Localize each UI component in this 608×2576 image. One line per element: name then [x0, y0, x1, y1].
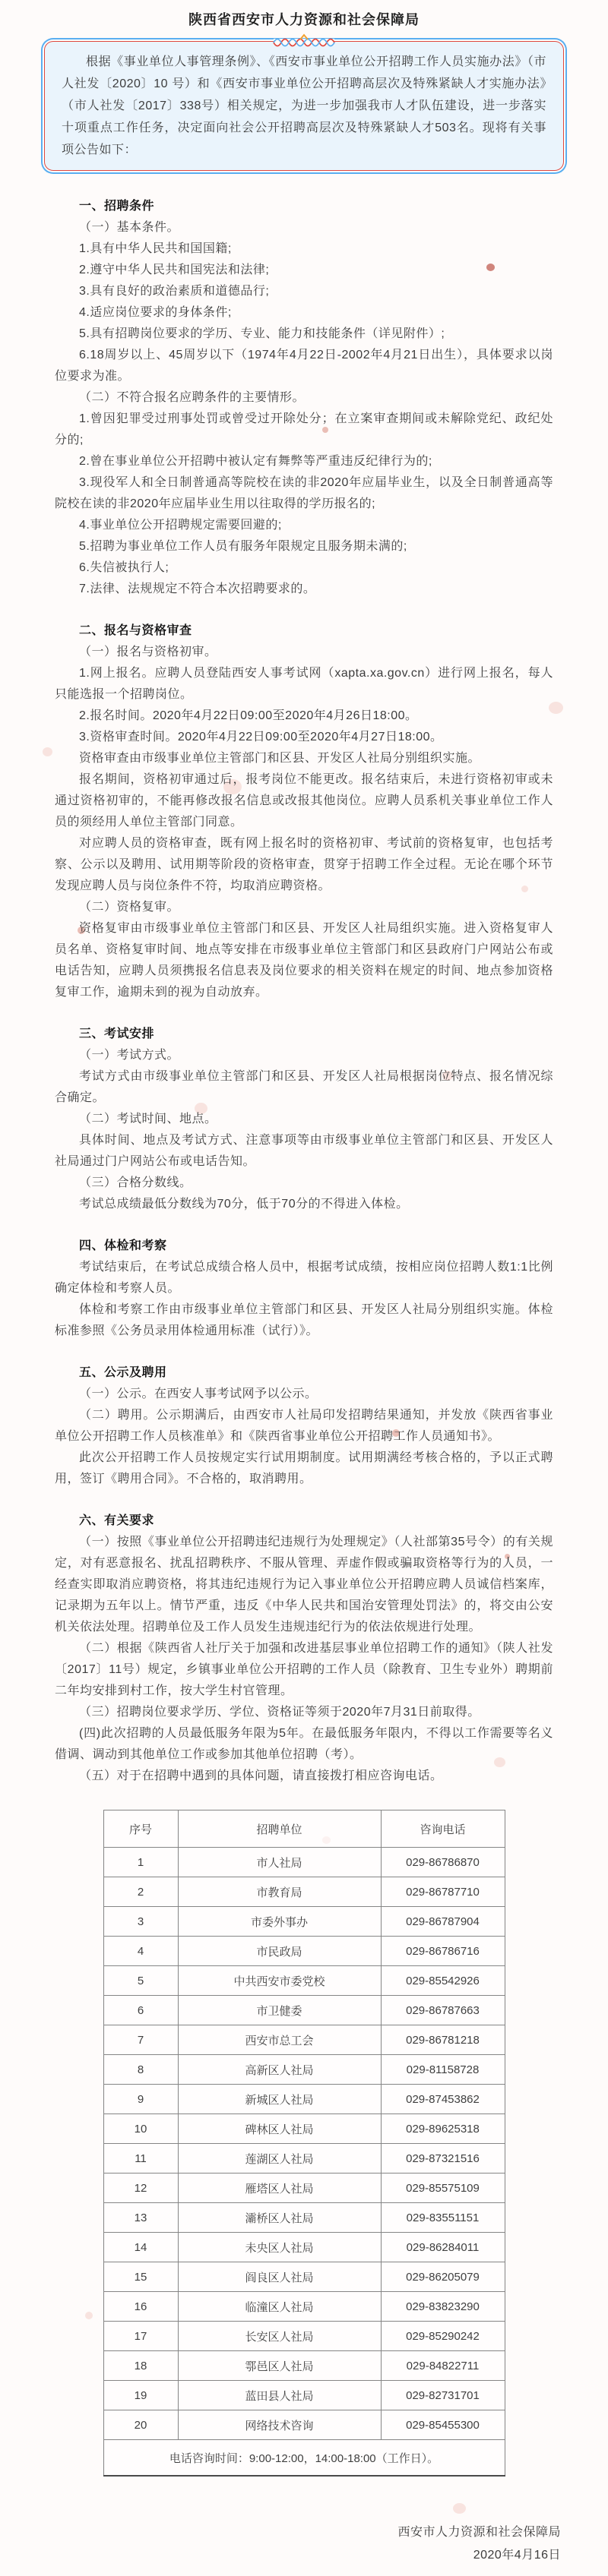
- row-no-cell: 4: [103, 1937, 178, 1966]
- row-unit-cell: 市卫健委: [178, 1996, 381, 2025]
- document-body: 一、招聘条件（一）基本条件。1.具有中华人民共和国国籍;2.遵守中华人民共和国宪…: [0, 171, 608, 1787]
- paragraph: 3.具有良好的政治素质和道德品行;: [55, 281, 553, 302]
- paragraph: 考试结束后，在考试总成绩合格人员中，根据考试成绩，按相应岗位招聘人数1:1比例确…: [55, 1257, 553, 1299]
- paragraph: 此次公开招聘工作人员按规定实行试用期制度。试用期满经考核合格的，予以正式聘用，签…: [55, 1447, 553, 1490]
- page-title: 陕西省西安市人力资源和社会保障局: [0, 0, 608, 29]
- paragraph: 2.曾在事业单位公开招聘中被认定有舞弊等严重违反纪律行为的;: [55, 451, 553, 472]
- row-phone-cell: 029-85455300: [381, 2410, 505, 2440]
- paragraph: 1.曾因犯罪受过刑事处罚或曾受过开除处分；在立案审查期间或未解除党纪、政纪处分的…: [55, 409, 553, 451]
- table-row: 4市民政局029-86786716: [103, 1937, 505, 1966]
- row-no-cell: 1: [103, 1848, 178, 1877]
- signature-date: 2020年4月16日: [397, 2544, 561, 2567]
- row-phone-cell: 029-86205079: [381, 2262, 505, 2292]
- paragraph: 2.报名时间。2020年4月22日09:00至2020年4月26日18:00。: [55, 706, 553, 727]
- paragraph: (四)此次招聘的人员最低服务年限为5年。在最低服务年限内，不得以工作需要等名义借…: [55, 1723, 553, 1766]
- row-no-cell: 9: [103, 2085, 178, 2114]
- paragraph: （一）报名与资格初审。: [55, 642, 553, 663]
- row-no-cell: 2: [103, 1877, 178, 1907]
- paragraph: （二）根据《陕西省人社厅关于加强和改进基层事业单位招聘工作的通知》（陕人社发〔2…: [55, 1638, 553, 1702]
- row-phone-cell: 029-85290242: [381, 2322, 505, 2351]
- row-phone-cell: 029-87321516: [381, 2144, 505, 2173]
- paragraph: 考试方式由市级事业单位主管部门和区县、开发区人社局根据岗位特点、报名情况综合确定…: [55, 1066, 553, 1109]
- announcement-page: 陕西省西安市人力资源和社会保障局 根据《事业单位人事管理条例》、《西安市事业单位…: [0, 0, 608, 2576]
- row-no-cell: 17: [103, 2322, 178, 2351]
- row-phone-cell: 029-86786870: [381, 1848, 505, 1877]
- row-unit-cell: 雁塔区人社局: [178, 2173, 381, 2203]
- row-phone-cell: 029-81158728: [381, 2055, 505, 2085]
- paragraph: 1.具有中华人民共和国国籍;: [55, 238, 553, 260]
- row-unit-cell: 市人社局: [178, 1848, 381, 1877]
- row-phone-cell: 029-89625318: [381, 2114, 505, 2144]
- phone-hours-note: 电话咨询时间：9:00-12:00，14:00-18:00（工作日）。: [103, 2440, 505, 2477]
- paragraph: （一）按照《事业单位公开招聘违纪违规行为处理规定》（人社部第35号令）的有关规定…: [55, 1532, 553, 1638]
- row-no-cell: 7: [103, 2025, 178, 2055]
- paragraph: （一）考试方式。: [55, 1045, 553, 1066]
- row-no-cell: 3: [103, 1907, 178, 1937]
- row-unit-cell: 市委外事办: [178, 1907, 381, 1937]
- col-header-index: 序号: [103, 1810, 178, 1848]
- row-phone-cell: 029-87453862: [381, 2085, 505, 2114]
- table-row: 11莲湖区人社局029-87321516: [103, 2144, 505, 2173]
- signature-org: 西安市人力资源和社会保障局: [397, 2521, 561, 2544]
- row-phone-cell: 029-84822711: [381, 2351, 505, 2381]
- row-no-cell: 10: [103, 2114, 178, 2144]
- table-footer-row: 电话咨询时间：9:00-12:00，14:00-18:00（工作日）。: [103, 2440, 505, 2477]
- paragraph: 资格审查由市级事业单位主管部门和区县、开发区人社局分别组织实施。: [55, 748, 553, 769]
- table-row: 6市卫健委029-86787663: [103, 1996, 505, 2025]
- contact-table: 序号 招聘单位 咨询电话 1市人社局029-867868702市教育局029-8…: [103, 1810, 505, 2477]
- row-unit-cell: 未央区人社局: [178, 2233, 381, 2262]
- intro-box: 根据《事业单位人事管理条例》、《西安市事业单位公开招聘工作人员实施办法》（市人社…: [44, 41, 564, 171]
- petal: [453, 2503, 466, 2514]
- paragraph: 考试总成绩最低分数线为70分，低于70分的不得进入体检。: [55, 1194, 553, 1215]
- row-unit-cell: 阎良区人社局: [178, 2262, 381, 2292]
- col-header-unit: 招聘单位: [178, 1810, 381, 1848]
- row-no-cell: 12: [103, 2173, 178, 2203]
- row-phone-cell: 029-83823290: [381, 2292, 505, 2322]
- table-row: 7西安市总工会029-86781218: [103, 2025, 505, 2055]
- section-heading: 二、报名与资格审查: [55, 620, 553, 642]
- paragraph: 3.资格审查时间。2020年4月22日09:00至2020年4月27日18:00…: [55, 727, 553, 748]
- paragraph: （三）招聘岗位要求学历、学位、资格证等须于2020年7月31日前取得。: [55, 1702, 553, 1723]
- row-phone-cell: 029-85575109: [381, 2173, 505, 2203]
- table-row: 1市人社局029-86786870: [103, 1848, 505, 1877]
- paragraph: （二）聘用。公示期满后，由西安市人社局印发招聘结果通知，并发放《陕西省事业单位公…: [55, 1405, 553, 1447]
- row-unit-cell: 高新区人社局: [178, 2055, 381, 2085]
- paragraph: （一）公示。在西安人事考试网予以公示。: [55, 1384, 553, 1405]
- paragraph: 6.失信被执行人;: [55, 557, 553, 579]
- section-heading: 五、公示及聘用: [55, 1362, 553, 1384]
- row-no-cell: 6: [103, 1996, 178, 2025]
- row-no-cell: 16: [103, 2292, 178, 2322]
- paragraph: 体检和考察工作由市级事业单位主管部门和区县、开发区人社局分别组织实施。体检标准参…: [55, 1299, 553, 1342]
- paragraph: 报名期间，资格初审通过后，报考岗位不能更改。报名结束后，未进行资格初审或未通过资…: [55, 769, 553, 833]
- table-row: 20网络技术咨询029-85455300: [103, 2410, 505, 2440]
- row-unit-cell: 鄠邑区人社局: [178, 2351, 381, 2381]
- row-phone-cell: 029-86284011: [381, 2233, 505, 2262]
- row-unit-cell: 长安区人社局: [178, 2322, 381, 2351]
- table-row: 3市委外事办029-86787904: [103, 1907, 505, 1937]
- row-unit-cell: 碑林区人社局: [178, 2114, 381, 2144]
- col-header-phone: 咨询电话: [381, 1810, 505, 1848]
- row-no-cell: 18: [103, 2351, 178, 2381]
- paragraph: 资格复审由市级事业单位主管部门和区县、开发区人社局组织实施。进入资格复审人员名单…: [55, 918, 553, 1003]
- table-header-row: 序号 招聘单位 咨询电话: [103, 1810, 505, 1848]
- paragraph: 4.事业单位公开招聘规定需要回避的;: [55, 515, 553, 536]
- row-phone-cell: 029-83551151: [381, 2203, 505, 2233]
- table-row: 8高新区人社局029-81158728: [103, 2055, 505, 2085]
- row-unit-cell: 西安市总工会: [178, 2025, 381, 2055]
- section-heading: 三、考试安排: [55, 1024, 553, 1045]
- intro-paragraph: 根据《事业单位人事管理条例》、《西安市事业单位公开招聘工作人员实施办法》（市人社…: [62, 51, 546, 161]
- table-row: 12雁塔区人社局029-85575109: [103, 2173, 505, 2203]
- table-row: 19蓝田县人社局029-82731701: [103, 2381, 505, 2410]
- table-row: 14未央区人社局029-86284011: [103, 2233, 505, 2262]
- row-phone-cell: 029-86787904: [381, 1907, 505, 1937]
- paragraph: 3.现役军人和全日制普通高等院校在读的非2020年应届毕业生，以及全日制普通高等…: [55, 472, 553, 515]
- table-row: 13灞桥区人社局029-83551151: [103, 2203, 505, 2233]
- row-unit-cell: 蓝田县人社局: [178, 2381, 381, 2410]
- row-unit-cell: 中共西安市委党校: [178, 1966, 381, 1996]
- row-no-cell: 15: [103, 2262, 178, 2292]
- paragraph: （二）不符合报名应聘条件的主要情形。: [55, 387, 553, 409]
- table-row: 18鄠邑区人社局029-84822711: [103, 2351, 505, 2381]
- row-no-cell: 19: [103, 2381, 178, 2410]
- paragraph: 6.18周岁以上、45周岁以下（1974年4月22日-2002年4月21日出生）…: [55, 345, 553, 387]
- row-phone-cell: 029-86787710: [381, 1877, 505, 1907]
- row-unit-cell: 灞桥区人社局: [178, 2203, 381, 2233]
- row-no-cell: 13: [103, 2203, 178, 2233]
- paragraph: （二）考试时间、地点。: [55, 1109, 553, 1130]
- table-row: 5中共西安市委党校029-85542926: [103, 1966, 505, 1996]
- row-phone-cell: 029-86781218: [381, 2025, 505, 2055]
- row-unit-cell: 莲湖区人社局: [178, 2144, 381, 2173]
- row-no-cell: 14: [103, 2233, 178, 2262]
- table-row: 9新城区人社局029-87453862: [103, 2085, 505, 2114]
- row-phone-cell: 029-86787663: [381, 1996, 505, 2025]
- row-unit-cell: 网络技术咨询: [178, 2410, 381, 2440]
- table-row: 16临潼区人社局029-83823290: [103, 2292, 505, 2322]
- paragraph: 对应聘人员的资格审查，既有网上报名时的资格初审、考试前的资格复审，也包括考察、公…: [55, 833, 553, 897]
- signature-block: 西安市人力资源和社会保障局 2020年4月16日: [397, 2521, 561, 2567]
- paragraph: （二）资格复审。: [55, 897, 553, 918]
- row-no-cell: 8: [103, 2055, 178, 2085]
- paragraph: 4.适应岗位要求的身体条件;: [55, 302, 553, 324]
- table-row: 2市教育局029-86787710: [103, 1877, 505, 1907]
- paragraph: 2.遵守中华人民共和国宪法和法律;: [55, 260, 553, 281]
- section-heading: 一、招聘条件: [55, 196, 553, 217]
- row-unit-cell: 临潼区人社局: [178, 2292, 381, 2322]
- paragraph: （三）合格分数线。: [55, 1173, 553, 1194]
- paragraph: 5.具有招聘岗位要求的学历、专业、能力和技能条件（详见附件）;: [55, 324, 553, 345]
- contact-table-body: 1市人社局029-867868702市教育局029-867877103市委外事办…: [103, 1848, 505, 2440]
- table-row: 17长安区人社局029-85290242: [103, 2322, 505, 2351]
- row-unit-cell: 市民政局: [178, 1937, 381, 1966]
- row-no-cell: 5: [103, 1966, 178, 1996]
- row-no-cell: 11: [103, 2144, 178, 2173]
- paragraph: （五）对于在招聘中遇到的具体问题，请直接拨打相应咨询电话。: [55, 1766, 553, 1787]
- wave-ornament-icon: [271, 33, 337, 50]
- paragraph: 7.法律、法规规定不符合本次招聘要求的。: [55, 579, 553, 600]
- row-phone-cell: 029-86786716: [381, 1937, 505, 1966]
- paragraph: 5.招聘为事业单位工作人员有服务年限规定且服务期未满的;: [55, 536, 553, 557]
- paragraph: 1.网上报名。应聘人员登陆西安人事考试网（xapta.xa.gov.cn）进行网…: [55, 663, 553, 706]
- row-unit-cell: 市教育局: [178, 1877, 381, 1907]
- table-row: 10碑林区人社局029-89625318: [103, 2114, 505, 2144]
- row-no-cell: 20: [103, 2410, 178, 2440]
- paragraph: （一）基本条件。: [55, 217, 553, 238]
- table-row: 15阎良区人社局029-86205079: [103, 2262, 505, 2292]
- petal: [85, 2312, 93, 2319]
- row-phone-cell: 029-82731701: [381, 2381, 505, 2410]
- section-heading: 四、体检和考察: [55, 1236, 553, 1257]
- section-heading: 六、有关要求: [55, 1511, 553, 1532]
- row-phone-cell: 029-85542926: [381, 1966, 505, 1996]
- row-unit-cell: 新城区人社局: [178, 2085, 381, 2114]
- paragraph: 具体时间、地点及考试方式、注意事项等由市级事业单位主管部门和区县、开发区人社局通…: [55, 1130, 553, 1173]
